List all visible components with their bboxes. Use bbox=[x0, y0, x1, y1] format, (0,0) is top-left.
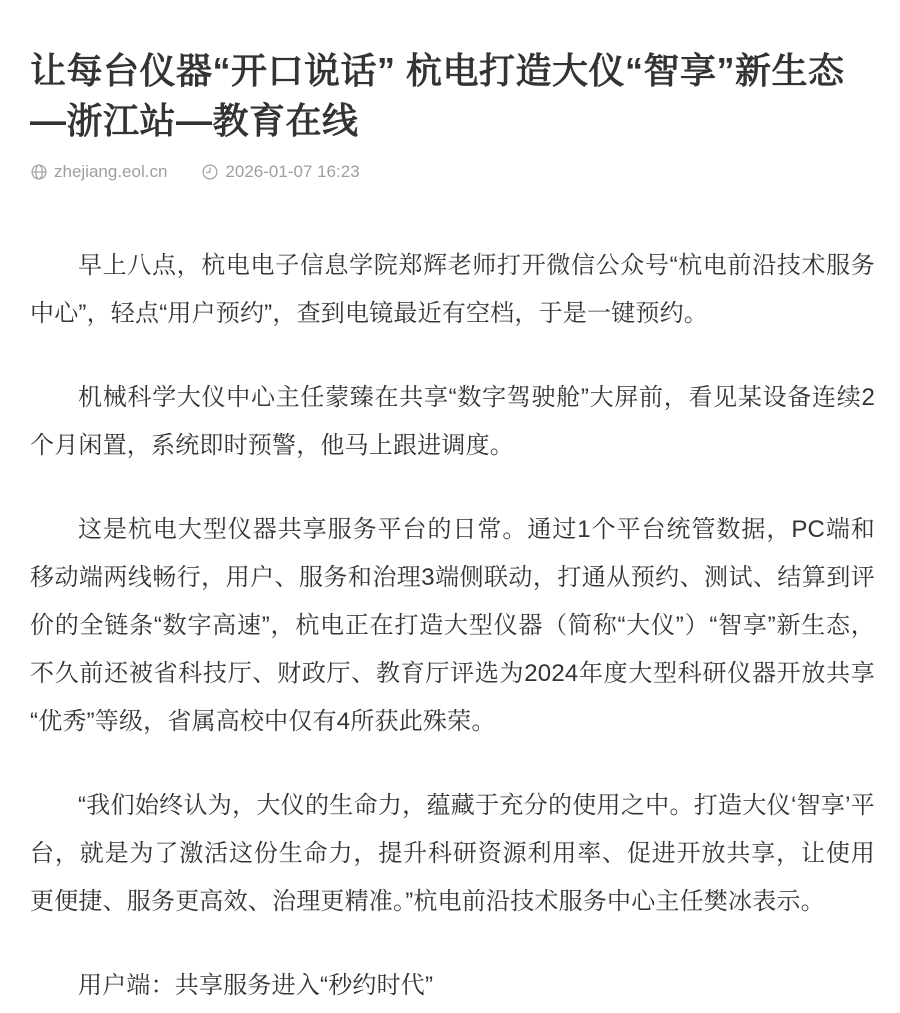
article-paragraph: 早上八点，杭电电子信息学院郑辉老师打开微信公众号“杭电前沿技术服务中心”，轻点“… bbox=[30, 242, 875, 338]
article-page: 让每台仪器“开口说话” 杭电打造大仪“智享”新生态 —浙江站—教育在线 zhej… bbox=[0, 46, 900, 1010]
section-subheading: 用户端：共享服务进入“秒约时代” bbox=[30, 962, 875, 1010]
article-meta: zhejiang.eol.cn 2026-01-07 16:23 bbox=[30, 160, 875, 184]
article-title: 让每台仪器“开口说话” 杭电打造大仪“智享”新生态 —浙江站—教育在线 bbox=[30, 46, 875, 146]
globe-icon bbox=[30, 163, 48, 181]
article-source-text: zhejiang.eol.cn bbox=[54, 160, 167, 184]
article-publish-time: 2026-01-07 16:23 bbox=[201, 160, 359, 184]
article-body: 早上八点，杭电电子信息学院郑辉老师打开微信公众号“杭电前沿技术服务中心”，轻点“… bbox=[30, 184, 875, 1010]
article-paragraph: 机械科学大仪中心主任蒙臻在共享“数字驾驶舱”大屏前，看见某设备连续2个月闲置，系… bbox=[30, 374, 875, 470]
article-publish-time-text: 2026-01-07 16:23 bbox=[225, 160, 359, 184]
clock-icon bbox=[201, 163, 219, 181]
article-paragraph: “我们始终认为，大仪的生命力，蕴藏于充分的使用之中。打造大仪‘智享’平台，就是为… bbox=[30, 782, 875, 926]
article-source: zhejiang.eol.cn bbox=[30, 160, 167, 184]
article-paragraph: 这是杭电大型仪器共享服务平台的日常。通过1个平台统管数据，PC端和移动端两线畅行… bbox=[30, 506, 875, 746]
